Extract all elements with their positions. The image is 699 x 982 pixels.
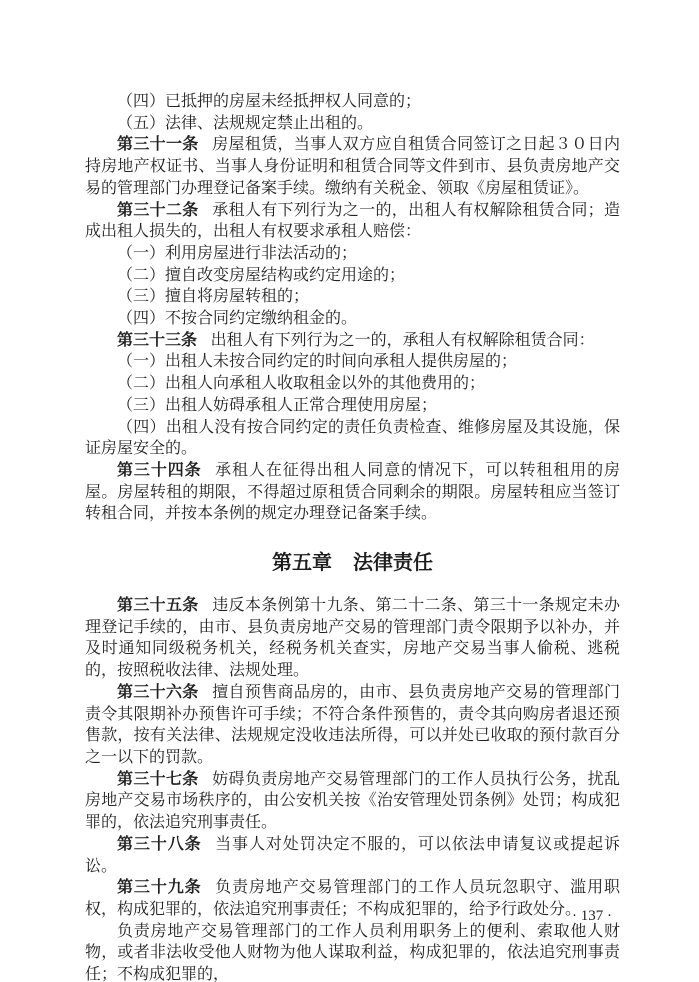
page-number: · 137 · [572,908,612,925]
paragraph-text: （二）擅自改变房屋结构或约定用途的； [117,267,405,284]
paragraph: 第三十七条妨碍负责房地产交易管理部门的工作人员执行公务，扰乱房地产交易市场秩序的… [85,769,620,834]
paragraph-text: （四）已抵押的房屋未经抵押权人同意的； [117,93,421,110]
list-item-paragraph: （二）出租人向承租人收取租金以外的其他费用的； [85,373,620,395]
paragraph: 第三十一条房屋租赁，当事人双方应自租赁合同签订之日起３０日内持房地产权证书、当事… [85,134,620,199]
paragraph-text: （二）出租人向承租人收取租金以外的其他费用的； [117,375,485,392]
article-number: 第三十七条 [117,771,199,788]
paragraph: 第三十五条违反本条例第十九条、第二十二条、第三十一条规定未办理登记手续的，由市、… [85,595,620,682]
paragraph-text: （五）法律、法规规定禁止出租的。 [117,115,373,132]
list-item-paragraph: （三）擅自将房屋转租的； [85,286,620,308]
article-number: 第三十五条 [117,597,199,614]
chapter-heading: 第五章法律责任 [85,549,620,577]
paragraph-text: （三）出租人妨碍承租人正常合理使用房屋； [117,397,437,414]
paragraph-text: （四）不按合同约定缴纳租金的。 [117,310,357,327]
chapter-title: 法律责任 [353,552,433,574]
paragraph-text: （一）出租人未按合同约定的时间向承租人提供房屋的； [117,353,517,370]
paragraph: 第三十六条擅自预售商品房的，由市、县负责房地产交易的管理部门责令其限期补办预售许… [85,682,620,769]
paragraph-text: （三）擅自将房屋转租的； [117,288,309,305]
document-page: （四）已抵押的房屋未经抵押权人同意的；（五）法律、法规规定禁止出租的。第三十一条… [0,0,699,982]
list-item-paragraph: （一）利用房屋进行非法活动的； [85,243,620,265]
list-item-paragraph: （四）出租人没有按合同约定的责任负责检查、维修房屋及其设施，保证房屋安全的。 [85,417,620,460]
article-number: 第三十九条 [117,879,202,896]
paragraph: 负责房地产交易管理部门的工作人员利用职务上的便利、索取他人财物，或者非法收受他人… [85,921,620,982]
chapter-number: 第五章 [272,552,332,574]
paragraph: 第三十三条出租人有下列行为之一的，承租人有权解除租赁合同： [85,330,620,352]
document-body: （四）已抵押的房屋未经抵押权人同意的；（五）法律、法规规定禁止出租的。第三十一条… [85,91,620,982]
article-number: 第三十三条 [117,332,197,349]
paragraph: 第三十九条负责房地产交易管理部门的工作人员玩忽职守、滥用职权，构成犯罪的，依法追… [85,877,620,920]
list-item-paragraph: （四）已抵押的房屋未经抵押权人同意的； [85,91,620,113]
article-number: 第三十四条 [117,462,202,479]
article-number: 第三十六条 [117,684,199,701]
paragraph: 第三十八条当事人对处罚决定不服的，可以依法申请复议或提起诉讼。 [85,834,620,877]
paragraph-text: （四）出租人没有按合同约定的责任负责检查、维修房屋及其设施，保证房屋安全的。 [85,419,620,458]
article-number: 第三十八条 [117,836,202,853]
list-item-paragraph: （四）不按合同约定缴纳租金的。 [85,308,620,330]
list-item-paragraph: （五）法律、法规规定禁止出租的。 [85,113,620,135]
paragraph: 第三十二条承租人有下列行为之一的，出租人有权解除租赁合同；造成出租人损失的，出租… [85,200,620,243]
paragraph: 第三十四条承租人在征得出租人同意的情况下，可以转租租用的房屋。房屋转租的期限，不… [85,460,620,525]
list-item-paragraph: （三）出租人妨碍承租人正常合理使用房屋； [85,395,620,417]
paragraph-text: 负责房地产交易管理部门的工作人员利用职务上的便利、索取他人财物，或者非法收受他人… [85,923,620,982]
article-number: 第三十二条 [117,202,199,219]
list-item-paragraph: （二）擅自改变房屋结构或约定用途的； [85,265,620,287]
paragraph-text: 出租人有下列行为之一的，承租人有权解除租赁合同： [211,332,595,349]
article-number: 第三十一条 [117,136,199,153]
list-item-paragraph: （一）出租人未按合同约定的时间向承租人提供房屋的； [85,351,620,373]
paragraph-text: （一）利用房屋进行非法活动的； [117,245,357,262]
